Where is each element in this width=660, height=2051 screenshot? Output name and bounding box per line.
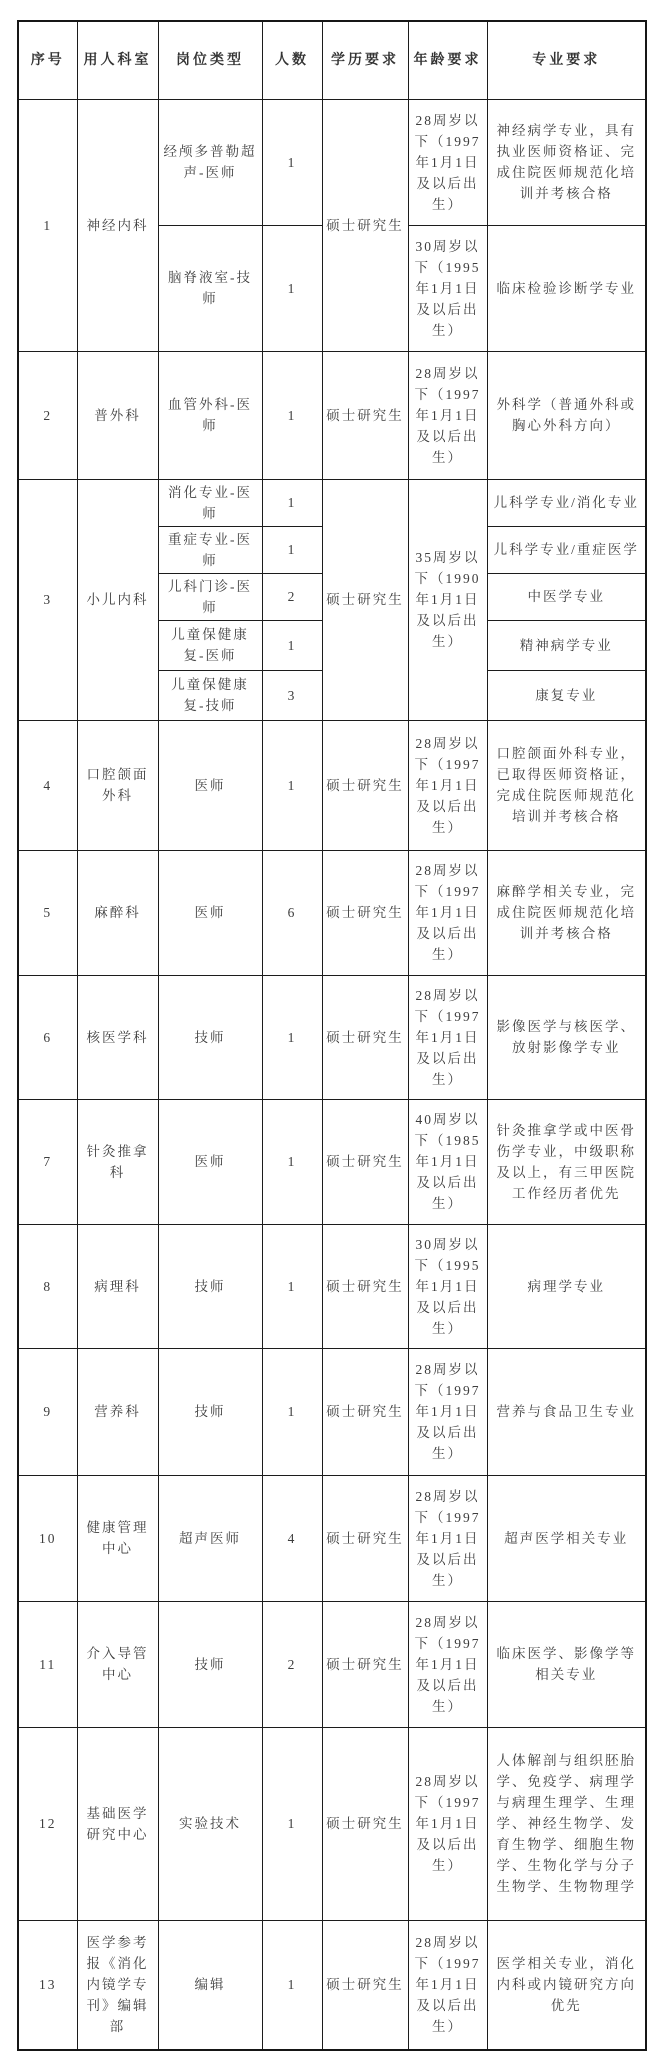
- cell-education: 硕士研究生: [322, 975, 408, 1099]
- cell-job: 医师: [158, 1099, 262, 1224]
- cell-age: 28周岁以下（1997年1月1日及以后出生）: [408, 975, 487, 1099]
- cell-age: 40周岁以下（1985年1月1日及以后出生）: [408, 1099, 487, 1224]
- cell-no: 12: [18, 1727, 77, 1920]
- cell-dept: 口腔颌面外科: [77, 720, 158, 850]
- cell-education: 硕士研究生: [322, 850, 408, 975]
- cell-major: 神经病学专业，具有执业医师资格证、完成住院医师规范化培训并考核合格: [487, 99, 646, 225]
- cell-no: 9: [18, 1348, 77, 1475]
- table-row: 12 基础医学研究中心 实验技术 1 硕士研究生 28周岁以下（1997年1月1…: [18, 1727, 646, 1920]
- cell-major: 外科学（普通外科或胸心外科方向）: [487, 351, 646, 479]
- cell-dept: 核医学科: [77, 975, 158, 1099]
- cell-dept: 医学参考报《消化内镜学专刊》编辑部: [77, 1920, 158, 2050]
- cell-count: 1: [262, 975, 322, 1099]
- cell-major: 临床医学、影像学等相关专业: [487, 1601, 646, 1727]
- cell-no: 1: [18, 99, 77, 351]
- cell-count: 4: [262, 1475, 322, 1601]
- cell-no: 6: [18, 975, 77, 1099]
- cell-age: 28周岁以下（1997年1月1日及以后出生）: [408, 1601, 487, 1727]
- cell-education: 硕士研究生: [322, 1727, 408, 1920]
- recruitment-table: 序号 用人科室 岗位类型 人数 学历要求 年龄要求 专业要求 1 神经内科 经颅…: [17, 20, 647, 2051]
- cell-no: 10: [18, 1475, 77, 1601]
- cell-count: 1: [262, 620, 322, 670]
- cell-age: 28周岁以下（1997年1月1日及以后出生）: [408, 1920, 487, 2050]
- table-row: 11 介入导管中心 技师 2 硕士研究生 28周岁以下（1997年1月1日及以后…: [18, 1601, 646, 1727]
- cell-education: 硕士研究生: [322, 1920, 408, 2050]
- cell-job: 医师: [158, 850, 262, 975]
- table-row: 10 健康管理中心 超声医师 4 硕士研究生 28周岁以下（1997年1月1日及…: [18, 1475, 646, 1601]
- col-header-major: 专业要求: [487, 21, 646, 99]
- cell-job: 技师: [158, 1348, 262, 1475]
- cell-major: 中医学专业: [487, 573, 646, 620]
- table-row: 2 普外科 血管外科-医师 1 硕士研究生 28周岁以下（1997年1月1日及以…: [18, 351, 646, 479]
- col-header-job-type: 岗位类型: [158, 21, 262, 99]
- cell-major: 儿科学专业/重症医学: [487, 526, 646, 573]
- cell-job: 消化专业-医师: [158, 479, 262, 526]
- col-header-age: 年龄要求: [408, 21, 487, 99]
- cell-education: 硕士研究生: [322, 479, 408, 720]
- table-row: 8 病理科 技师 1 硕士研究生 30周岁以下（1995年1月1日及以后出生） …: [18, 1224, 646, 1348]
- cell-education: 硕士研究生: [322, 1475, 408, 1601]
- cell-count: 2: [262, 1601, 322, 1727]
- cell-no: 13: [18, 1920, 77, 2050]
- cell-major: 病理学专业: [487, 1224, 646, 1348]
- cell-education: 硕士研究生: [322, 1601, 408, 1727]
- col-header-count: 人数: [262, 21, 322, 99]
- cell-count: 1: [262, 1727, 322, 1920]
- table-row: 9 营养科 技师 1 硕士研究生 28周岁以下（1997年1月1日及以后出生） …: [18, 1348, 646, 1475]
- cell-no: 8: [18, 1224, 77, 1348]
- cell-count: 1: [262, 1348, 322, 1475]
- cell-count: 1: [262, 1224, 322, 1348]
- col-header-no: 序号: [18, 21, 77, 99]
- cell-job: 经颅多普勒超声-医师: [158, 99, 262, 225]
- cell-age: 28周岁以下（1997年1月1日及以后出生）: [408, 99, 487, 225]
- cell-count: 1: [262, 1099, 322, 1224]
- cell-age: 28周岁以下（1997年1月1日及以后出生）: [408, 351, 487, 479]
- cell-count: 2: [262, 573, 322, 620]
- cell-dept: 普外科: [77, 351, 158, 479]
- cell-count: 1: [262, 526, 322, 573]
- cell-no: 5: [18, 850, 77, 975]
- cell-major: 医学相关专业，消化内科或内镜研究方向优先: [487, 1920, 646, 2050]
- cell-count: 1: [262, 479, 322, 526]
- cell-age: 28周岁以下（1997年1月1日及以后出生）: [408, 1727, 487, 1920]
- cell-major: 儿科学专业/消化专业: [487, 479, 646, 526]
- cell-age: 28周岁以下（1997年1月1日及以后出生）: [408, 1475, 487, 1601]
- cell-major: 营养与食品卫生专业: [487, 1348, 646, 1475]
- cell-job: 超声医师: [158, 1475, 262, 1601]
- cell-major: 临床检验诊断学专业: [487, 225, 646, 351]
- cell-count: 1: [262, 99, 322, 225]
- cell-job: 脑脊液室-技师: [158, 225, 262, 351]
- table-row: 4 口腔颌面外科 医师 1 硕士研究生 28周岁以下（1997年1月1日及以后出…: [18, 720, 646, 850]
- col-header-dept: 用人科室: [77, 21, 158, 99]
- cell-dept: 介入导管中心: [77, 1601, 158, 1727]
- cell-job: 实验技术: [158, 1727, 262, 1920]
- cell-job: 技师: [158, 975, 262, 1099]
- cell-education: 硕士研究生: [322, 351, 408, 479]
- cell-count: 3: [262, 670, 322, 720]
- cell-major: 针灸推拿学或中医骨伤学专业，中级职称及以上，有三甲医院工作经历者优先: [487, 1099, 646, 1224]
- cell-age: 35周岁以下（1990年1月1日及以后出生）: [408, 479, 487, 720]
- table-row: 3 小儿内科 消化专业-医师 1 硕士研究生 35周岁以下（1990年1月1日及…: [18, 479, 646, 526]
- cell-education: 硕士研究生: [322, 1348, 408, 1475]
- cell-job: 儿童保健康复-医师: [158, 620, 262, 670]
- cell-education: 硕士研究生: [322, 1099, 408, 1224]
- cell-no: 4: [18, 720, 77, 850]
- table-row: 6 核医学科 技师 1 硕士研究生 28周岁以下（1997年1月1日及以后出生）…: [18, 975, 646, 1099]
- cell-count: 6: [262, 850, 322, 975]
- cell-age: 30周岁以下（1995年1月1日及以后出生）: [408, 1224, 487, 1348]
- cell-education: 硕士研究生: [322, 720, 408, 850]
- cell-no: 2: [18, 351, 77, 479]
- cell-dept: 基础医学研究中心: [77, 1727, 158, 1920]
- cell-job: 儿童保健康复-技师: [158, 670, 262, 720]
- cell-job: 技师: [158, 1601, 262, 1727]
- cell-dept: 健康管理中心: [77, 1475, 158, 1601]
- cell-dept: 麻醉科: [77, 850, 158, 975]
- cell-dept: 神经内科: [77, 99, 158, 351]
- cell-dept: 针灸推拿科: [77, 1099, 158, 1224]
- cell-no: 7: [18, 1099, 77, 1224]
- header-row: 序号 用人科室 岗位类型 人数 学历要求 年龄要求 专业要求: [18, 21, 646, 99]
- cell-count: 1: [262, 1920, 322, 2050]
- cell-age: 28周岁以下（1997年1月1日及以后出生）: [408, 1348, 487, 1475]
- cell-major: 麻醉学相关专业，完成住院医师规范化培训并考核合格: [487, 850, 646, 975]
- cell-job: 血管外科-医师: [158, 351, 262, 479]
- cell-job: 编辑: [158, 1920, 262, 2050]
- cell-age: 28周岁以下（1997年1月1日及以后出生）: [408, 720, 487, 850]
- cell-dept: 营养科: [77, 1348, 158, 1475]
- cell-count: 1: [262, 351, 322, 479]
- document-page: 序号 用人科室 岗位类型 人数 学历要求 年龄要求 专业要求 1 神经内科 经颅…: [0, 0, 660, 1988]
- cell-age: 30周岁以下（1995年1月1日及以后出生）: [408, 225, 487, 351]
- cell-no: 3: [18, 479, 77, 720]
- cell-job: 重症专业-医师: [158, 526, 262, 573]
- table-row: 1 神经内科 经颅多普勒超声-医师 1 硕士研究生 28周岁以下（1997年1月…: [18, 99, 646, 225]
- cell-education: 硕士研究生: [322, 99, 408, 351]
- cell-job: 医师: [158, 720, 262, 850]
- cell-major: 康复专业: [487, 670, 646, 720]
- cell-major: 影像医学与核医学、放射影像学专业: [487, 975, 646, 1099]
- table-row: 7 针灸推拿科 医师 1 硕士研究生 40周岁以下（1985年1月1日及以后出生…: [18, 1099, 646, 1224]
- cell-count: 1: [262, 720, 322, 850]
- table-row: 5 麻醉科 医师 6 硕士研究生 28周岁以下（1997年1月1日及以后出生） …: [18, 850, 646, 975]
- table-row: 13 医学参考报《消化内镜学专刊》编辑部 编辑 1 硕士研究生 28周岁以下（1…: [18, 1920, 646, 2050]
- cell-major: 口腔颌面外科专业，已取得医师资格证，完成住院医师规范化培训并考核合格: [487, 720, 646, 850]
- cell-job: 儿科门诊-医师: [158, 573, 262, 620]
- cell-age: 28周岁以下（1997年1月1日及以后出生）: [408, 850, 487, 975]
- cell-education: 硕士研究生: [322, 1224, 408, 1348]
- col-header-education: 学历要求: [322, 21, 408, 99]
- cell-dept: 病理科: [77, 1224, 158, 1348]
- cell-major: 精神病学专业: [487, 620, 646, 670]
- cell-no: 11: [18, 1601, 77, 1727]
- cell-major: 人体解剖与组织胚胎学、免疫学、病理学与病理生理学、生理学、神经生物学、发育生物学…: [487, 1727, 646, 1920]
- cell-job: 技师: [158, 1224, 262, 1348]
- cell-count: 1: [262, 225, 322, 351]
- cell-dept: 小儿内科: [77, 479, 158, 720]
- cell-major: 超声医学相关专业: [487, 1475, 646, 1601]
